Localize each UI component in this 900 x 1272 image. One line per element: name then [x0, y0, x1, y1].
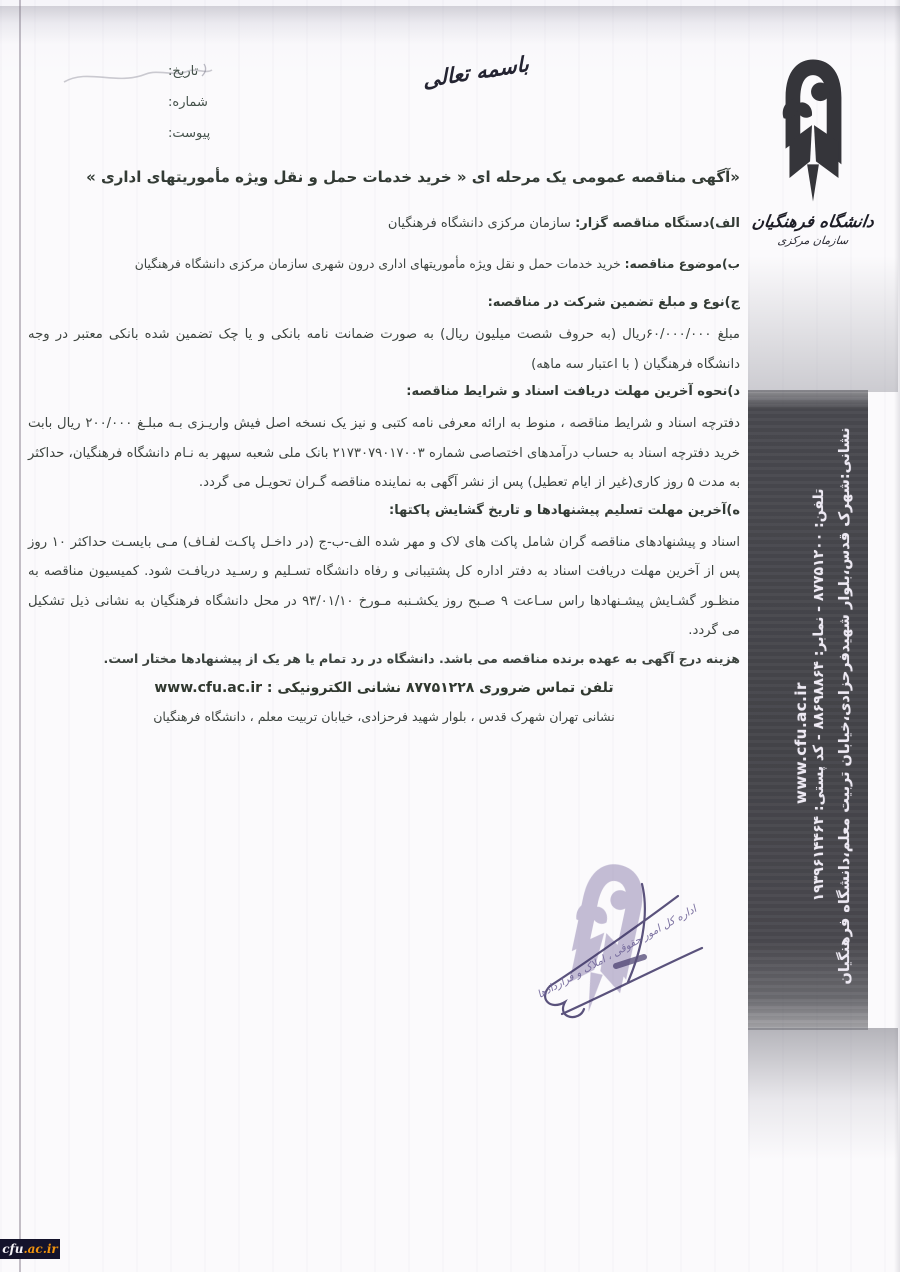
paragraph-text: تلفن تماس ضروری ۸۷۷۵۱۲۲۸ نشانی الکترونیک… [154, 680, 613, 696]
paragraph-line: اسناد و پیشنهادهای مناقصه گران شامل پاکت… [28, 528, 740, 646]
paragraph-line: ب)موضوع مناقصه: خرید خدمات حمل و نقل ویژ… [28, 257, 740, 271]
paragraph-line: د)نحوه آخرین مهلت دریافت اسناد و شرایط م… [28, 384, 740, 399]
paragraph-text: هزینه درج آگهی به عهده برنده مناقصه می ب… [104, 651, 740, 666]
sidebar-website: www.cfu.ac.ir [792, 653, 810, 833]
paragraph-text: خرید خدمات حمل و نقل ویژه مأموریتهای ادا… [135, 257, 625, 271]
scan-edge-line [19, 0, 21, 1272]
sidebar-phone-fax-postal: تلفن: ۸۷۷۵۱۲۰۰ - نمابر: ۸۸۶۹۸۸۶۴ - کد پس… [811, 425, 827, 965]
paragraph-line: تلفن تماس ضروری ۸۷۷۵۱۲۲۸ نشانی الکترونیک… [28, 680, 740, 696]
sidebar-top-fade [748, 256, 898, 392]
paragraph-text: سازمان مرکزی دانشگاه فرهنگیان [388, 216, 575, 231]
attachment-label: پیوست: [168, 118, 256, 149]
university-logo-icon [764, 52, 862, 210]
paragraph-line: الف)دستگاه مناقصه گزار: سازمان مرکزی دان… [28, 216, 740, 231]
university-name: دانشگاه فرهنگیان [737, 212, 890, 231]
sidebar-bottom-fade [748, 1028, 898, 1160]
paragraph-line: ج)نوع و مبلغ تضمین شرکت در مناقصه: [28, 295, 740, 310]
paragraph-lead: ه)آخرین مهلت تسلیم پیشنهادها و تاریخ گشا… [389, 503, 740, 518]
scanned-tender-document: تاریخ: شماره: پیوست: باسمه تعالی دانشگاه… [0, 0, 900, 1272]
paragraph-lead: ج)نوع و مبلغ تضمین شرکت در مناقصه: [488, 295, 740, 310]
paragraph-lead: ب)موضوع مناقصه: [625, 257, 740, 271]
document-body: «آگهی مناقصه عمومی یک مرحله ای « خرید خد… [28, 168, 740, 724]
paragraph-line: نشانی تهران شهرک قدس ، بلوار شهید فرحزاد… [28, 709, 740, 724]
paragraph-lead: الف)دستگاه مناقصه گزار: [575, 216, 740, 231]
sidebar-address: نشانی:شهرک قدس،بلوار شهیدفرحزادی،خیابان … [837, 406, 853, 1006]
paragraph-line: دفترچه اسناد و شرایط مناقصه ، منوط به ار… [28, 409, 740, 498]
paragraph-text: اسناد و پیشنهادهای مناقصه گران شامل پاکت… [28, 535, 740, 639]
besmele-calligraphy: باسمه تعالی [416, 51, 536, 94]
paragraph-text: نشانی تهران شهرک قدس ، بلوار شهید فرحزاد… [153, 709, 615, 724]
paragraph-line: ه)آخرین مهلت تسلیم پیشنهادها و تاریخ گشا… [28, 503, 740, 518]
paragraph-list: الف)دستگاه مناقصه گزار: سازمان مرکزی دان… [28, 216, 740, 724]
paragraph-lead: د)نحوه آخرین مهلت دریافت اسناد و شرایط م… [406, 384, 740, 399]
tender-title: «آگهی مناقصه عمومی یک مرحله ای « خرید خد… [28, 168, 740, 186]
scan-top-shadow [0, 6, 900, 44]
watermark-cfu: cfu [2, 1239, 23, 1259]
paragraph-text: مبلغ ۶۰/۰۰۰/۰۰۰ریال (به حروف شصت میلیون … [28, 327, 740, 372]
cfu-watermark: cfu.ac.ir [0, 1239, 60, 1259]
letterhead-meta: تاریخ: شماره: پیوست: [168, 56, 256, 149]
university-logo-block: دانشگاه فرهنگیان سازمان مرکزی [738, 52, 888, 247]
number-label: شماره: [168, 87, 256, 118]
watermark-domain: .ac.ir [23, 1239, 57, 1259]
paragraph-line: مبلغ ۶۰/۰۰۰/۰۰۰ریال (به حروف شصت میلیون … [28, 320, 740, 379]
organization-name: سازمان مرکزی [737, 234, 889, 247]
paragraph-text: دفترچه اسناد و شرایط مناقصه ، منوط به ار… [28, 416, 740, 490]
date-label: تاریخ: [168, 56, 256, 87]
paragraph-line: هزینه درج آگهی به عهده برنده مناقصه می ب… [28, 651, 740, 666]
